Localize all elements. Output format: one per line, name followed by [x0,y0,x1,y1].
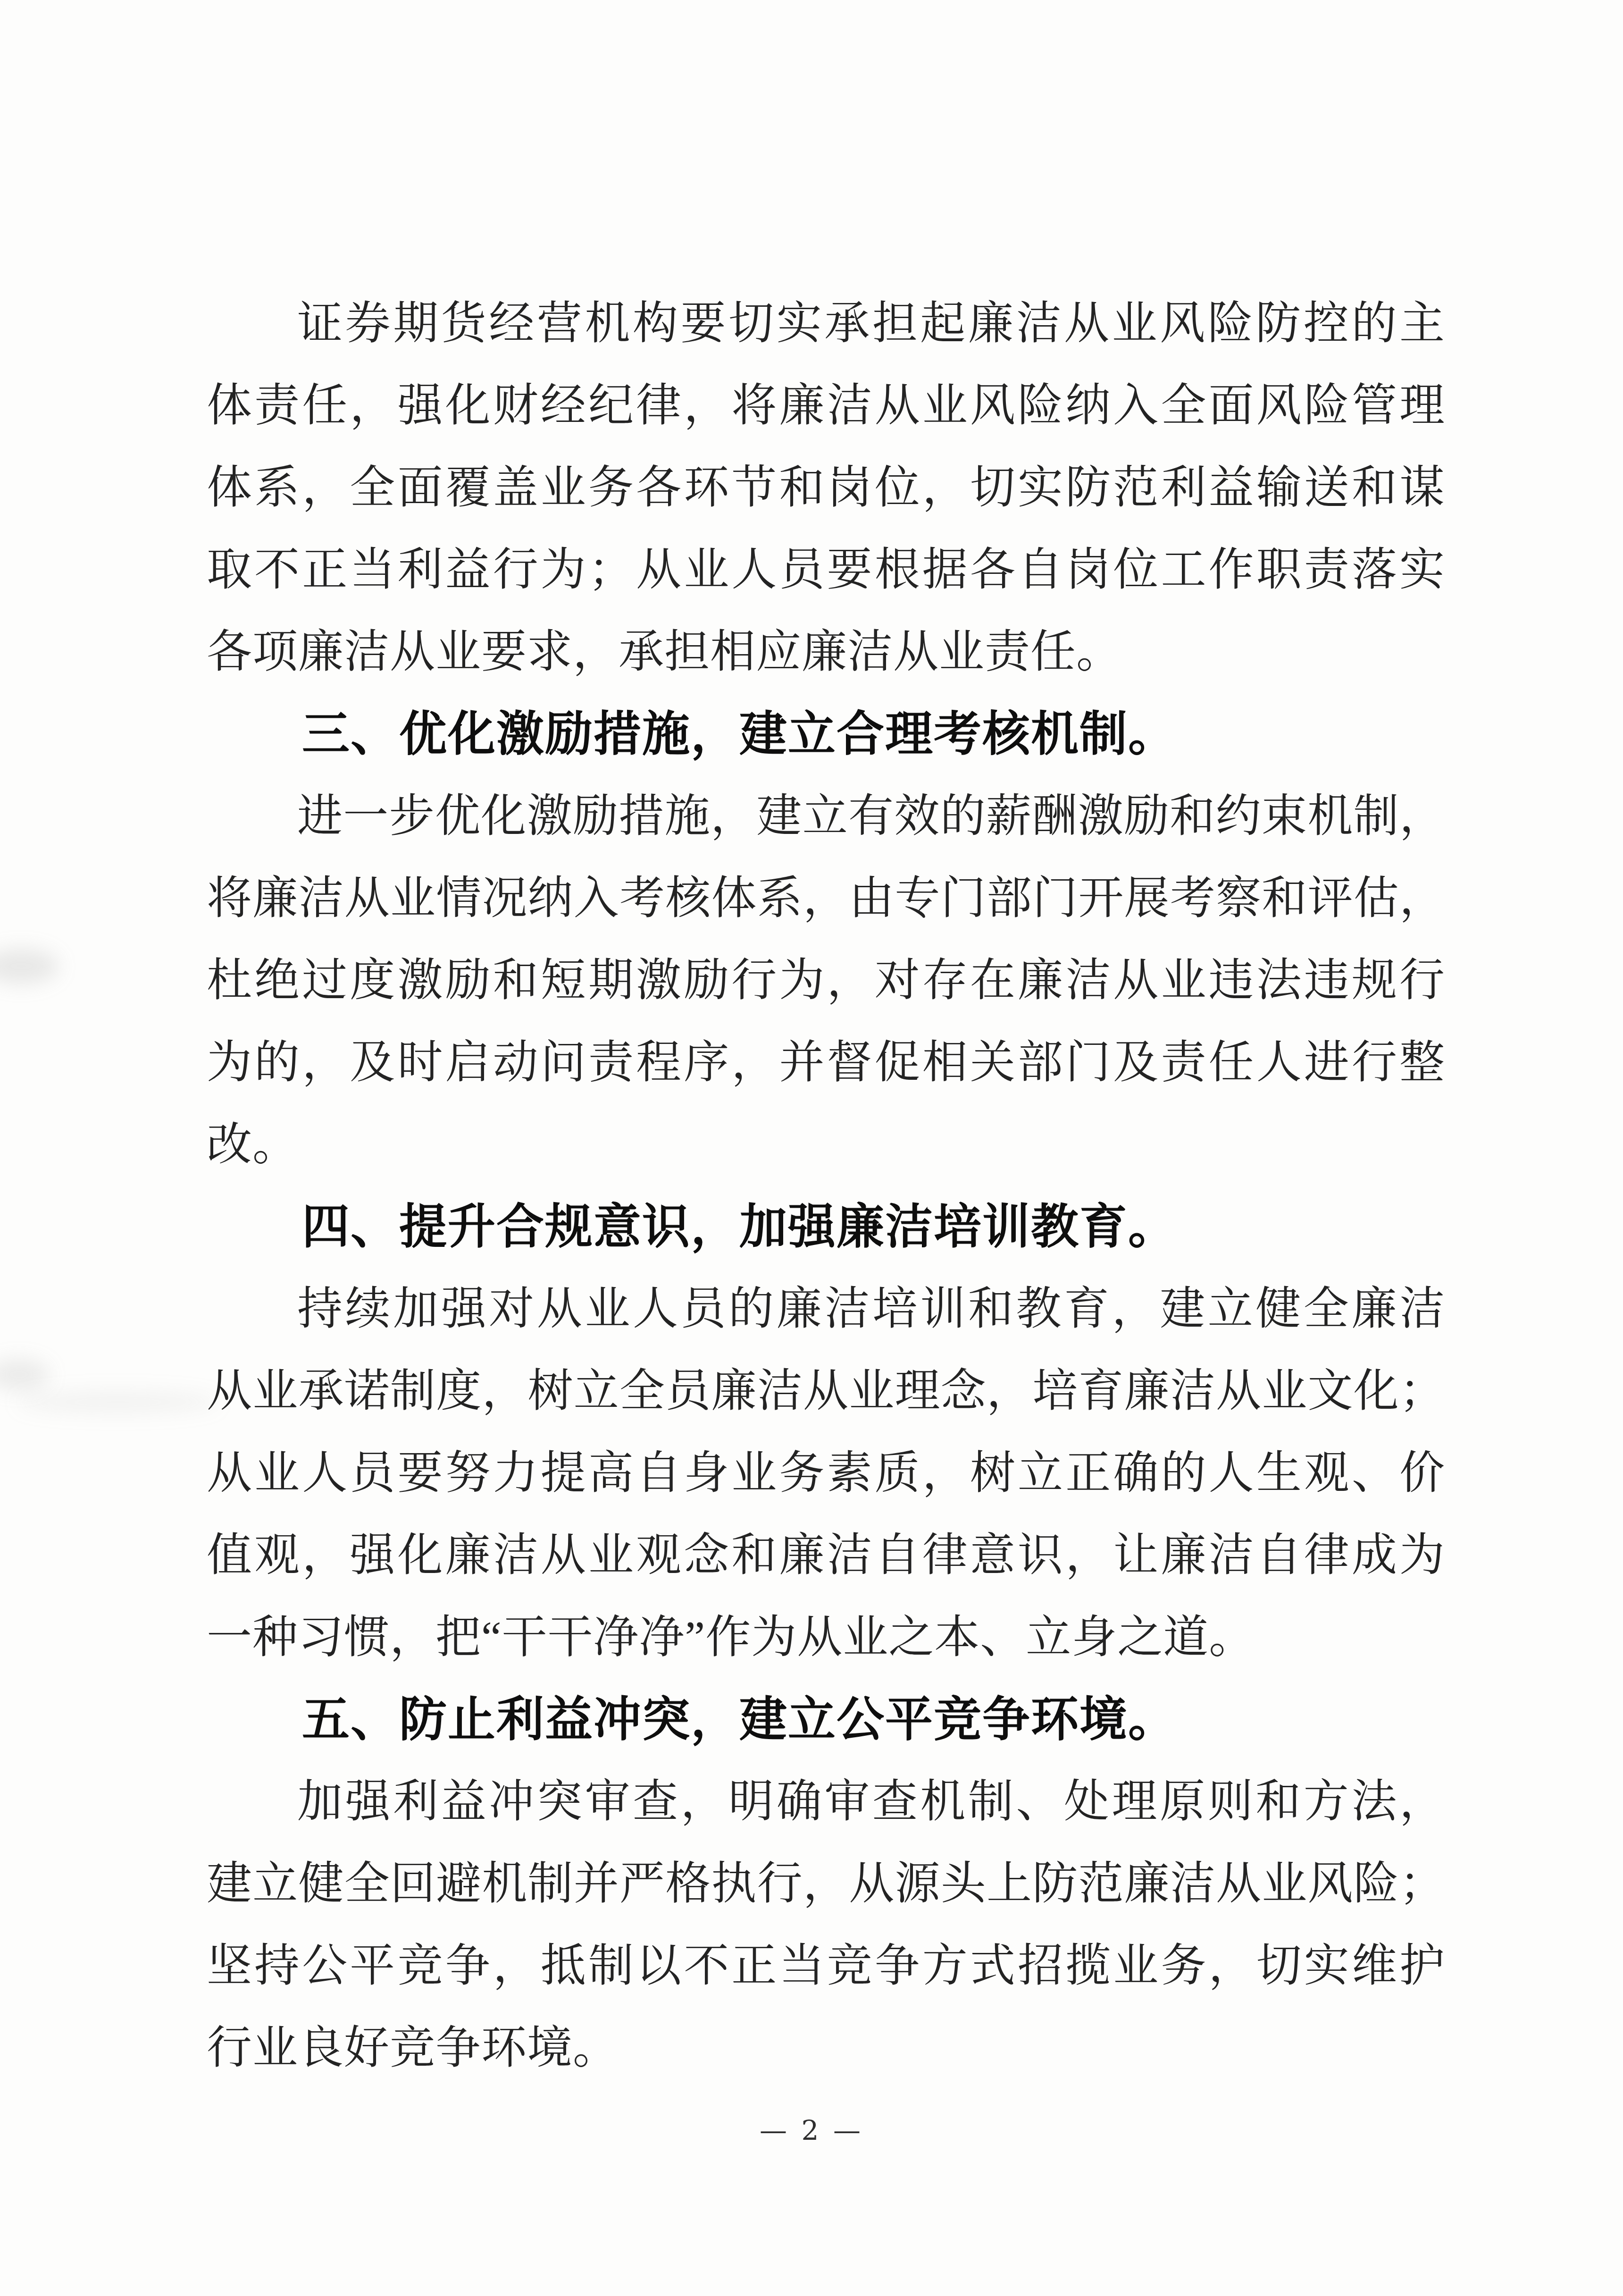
paragraph-line: 行业良好竞争环境。 [207,2007,1445,2089]
scan-smudge [17,1391,219,1413]
section-heading-3: 三、优化激励措施，建立合理考核机制。 [207,693,1445,775]
section-heading-5: 五、防止利益冲突，建立公平竞争环境。 [207,1678,1445,1760]
paragraph-line: 杜绝过度激励和短期激励行为，对存在廉洁从业违法违规行 [207,939,1445,1021]
paragraph-line: 加强利益冲突审查，明确审查机制、处理原则和方法， [207,1760,1445,1842]
paragraph-line: 坚持公平竞争，抵制以不正当竞争方式招揽业务，切实维护 [207,1925,1445,2007]
scan-smudge [0,1359,50,1390]
paragraph-line: 体责任，强化财经纪律，将廉洁从业风险纳入全面风险管理 [207,364,1445,446]
scan-smudge [0,949,59,984]
section-heading-4: 四、提升合规意识，加强廉洁培训教育。 [207,1186,1445,1268]
paragraph-line: 为的，及时启动问责程序，并督促相关部门及责任人进行整 [207,1021,1445,1103]
paragraph-line: 一种习惯，把“干干净净”作为从业之本、立身之道。 [207,1596,1445,1678]
paragraph-line: 取不正当利益行为；从业人员要根据各自岗位工作职责落实 [207,529,1445,611]
paragraph-line: 将廉洁从业情况纳入考核体系，由专门部门开展考察和评估， [207,857,1445,939]
paragraph-line: 从业承诺制度，树立全员廉洁从业理念，培育廉洁从业文化； [207,1350,1445,1432]
paragraph-line: 值观，强化廉洁从业观念和廉洁自律意识，让廉洁自律成为 [207,1514,1445,1596]
page-number: — 2 — [0,2114,1623,2146]
paragraph-line: 建立健全回避机制并严格执行，从源头上防范廉洁从业风险； [207,1842,1445,1925]
text-content: 证券期货经营机构要切实承担起廉洁从业风险防控的主 体责任，强化财经纪律，将廉洁从… [207,282,1445,2089]
paragraph-line: 体系，全面覆盖业务各环节和岗位，切实防范利益输送和谋 [207,446,1445,529]
paragraph-line: 各项廉洁从业要求，承担相应廉洁从业责任。 [207,611,1445,693]
paragraph-line: 改。 [207,1103,1445,1186]
document-page: 证券期货经营机构要切实承担起廉洁从业风险防控的主 体责任，强化财经纪律，将廉洁从… [0,0,1623,2296]
paragraph-line: 证券期货经营机构要切实承担起廉洁从业风险防控的主 [207,282,1445,364]
paragraph-line: 进一步优化激励措施，建立有效的薪酬激励和约束机制， [207,775,1445,857]
paragraph-line: 从业人员要努力提高自身业务素质，树立正确的人生观、价 [207,1432,1445,1514]
paragraph-line: 持续加强对从业人员的廉洁培训和教育，建立健全廉洁 [207,1268,1445,1350]
